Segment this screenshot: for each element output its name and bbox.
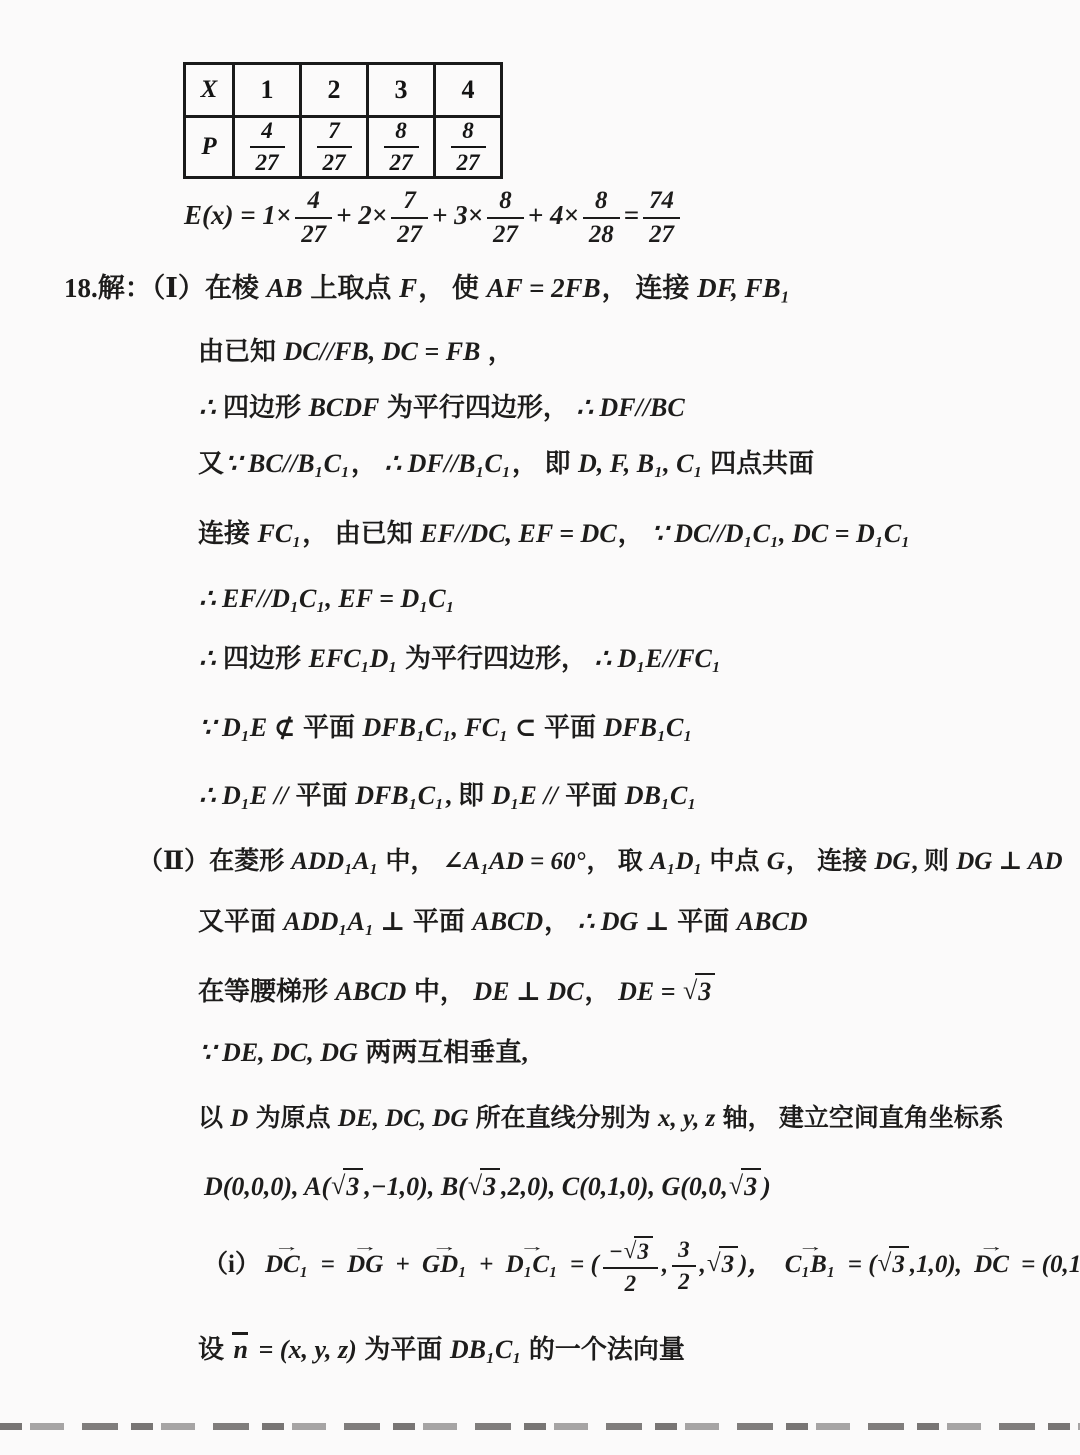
radical-sign: √ (707, 1248, 721, 1279)
math-run: AF = 2FB (486, 273, 602, 303)
math-run: 3 (636, 1239, 650, 1264)
math-run: 3 (721, 1251, 736, 1278)
math-run: ∴ (198, 644, 223, 673)
vector-arrow-icon: → (246, 1238, 328, 1256)
fraction: 427 (295, 187, 332, 249)
solution-line: E(x) = 1×427+ 2×727+ 3×827+ 4×828=7427⋯1… (0, 175, 1080, 261)
radical-sign: √ (331, 1170, 345, 1203)
radicand: 3 (719, 1246, 739, 1280)
math-run: DFB₁C₁ (603, 713, 694, 742)
math-run: 4 (260, 118, 274, 143)
fraction: 727 (391, 187, 428, 249)
text-run: ， 取 (587, 848, 650, 875)
math-run: D (229, 1105, 249, 1132)
text-run: 平面 (303, 713, 362, 742)
text-run: 18.解：（Ⅰ）在棱 (64, 273, 266, 303)
solution-line: ∴ 四边形 BCDF 为平行四边形， ∴ DF//BC⋯2′ (0, 384, 1080, 432)
math-run: DG ⊥ AD (955, 848, 1063, 875)
radicand: 3 (480, 1168, 500, 1204)
square-root: √3 (729, 1168, 761, 1204)
text-run: 中点 (703, 848, 766, 875)
text-run: 设 (198, 1335, 231, 1364)
square-root: √3 (624, 1236, 653, 1265)
line-content: ∵ D₁E ⊄ 平面 DFB₁C₁, FC₁ ⊂ 平面 DFB₁C₁ (198, 712, 693, 745)
math-run: 3 (743, 1172, 758, 1201)
solution-line: 连接 FC₁， 由已知 EF//DC, EF = DC， ∵ DC//D₁C₁,… (0, 510, 1080, 558)
line-content: 在等腰梯形 ABCD 中， DE ⊥ DC， DE = √3 (198, 973, 715, 1009)
math-run: ABCD (335, 977, 408, 1006)
line-content: （i）→DC₁ = →DG + →GD₁ + →D₁C₁ = (−√32,32,… (203, 1236, 1080, 1297)
fraction-numerator: 8 (451, 118, 486, 148)
text-run: 轴， 建立空间直角坐标系 (716, 1105, 1004, 1132)
radicand: 3 (695, 973, 715, 1009)
fraction-denominator: 27 (295, 219, 332, 249)
solution-line: ∴ EF//D₁C₁, EF = D₁C₁ (0, 575, 1080, 623)
fraction-denominator: 27 (250, 148, 285, 176)
math-run: ∵ BC//B₁C₁ (224, 449, 351, 478)
solution-line: （Ⅱ）在菱形 ADD₁A₁ 中， ∠A₁AD = 60°， 取 A₁D₁ 中点 … (0, 838, 1080, 886)
math-run: ,−1,0), B( (363, 1172, 467, 1201)
fraction-numerator: 8 (487, 187, 524, 219)
fraction-numerator: 74 (643, 187, 680, 219)
math-run: 3 (345, 1172, 360, 1201)
square-root: √3 (683, 973, 715, 1009)
table-cell: X (185, 64, 234, 117)
square-root: √3 (707, 1246, 738, 1280)
math-run: 3 (891, 1251, 906, 1278)
overbar-line (232, 1332, 248, 1335)
page-bottom-cutoff-artifact (0, 1423, 1080, 1430)
math-run: ∴ D₁E // (198, 781, 296, 810)
text-run: ， 即 (512, 449, 577, 478)
math-run: ∵ D₁E ⊄ (198, 713, 303, 742)
text-run: 中， (379, 848, 442, 875)
text-run: 在等腰梯形 (198, 977, 335, 1006)
math-run: 27 (255, 150, 280, 175)
line-content: D(0,0,0), A(√3,−1,0), B(√3,2,0), C(0,1,0… (203, 1168, 772, 1204)
math-run: DB₁C₁ (449, 1335, 523, 1364)
vector-arrow-icon: → (958, 1238, 1024, 1256)
math-run: 2 (624, 1271, 638, 1296)
math-run: G (766, 848, 786, 875)
fraction: −√32 (603, 1236, 658, 1297)
table-row: X1234 (185, 64, 502, 117)
line-content: （Ⅱ）在菱形 ADD₁A₁ 中， ∠A₁AD = 60°， 取 A₁D₁ 中点 … (138, 846, 1064, 877)
fraction-denominator: 28 (583, 219, 620, 249)
math-run: ) (761, 1172, 772, 1201)
math-run: F (398, 273, 418, 303)
fraction-numerator: 3 (672, 1237, 696, 1267)
math-run: 28 (588, 221, 615, 248)
radical-sign: √ (683, 975, 697, 1008)
math-run: ∵ DE, DC, DG (198, 1038, 365, 1067)
math-run: ∴ DF//B₁C₁ (384, 449, 512, 478)
table-cell: 4 (435, 64, 502, 117)
table-cell: P (185, 117, 234, 178)
solution-line: 又∵ BC//B₁C₁， ∴ DF//B₁C₁， 即 D, F, B₁, C₁ … (0, 440, 1080, 488)
text-run: 的一个法向量 (522, 1335, 685, 1364)
math-run: DE = (617, 977, 683, 1006)
math-run: FC₁ (257, 519, 303, 548)
solution-line: 在等腰梯形 ABCD 中， DE ⊥ DC， DE = √3 (0, 963, 1080, 1019)
vector-arrow-icon: → (331, 1238, 400, 1256)
text-run: ， 连接 (786, 848, 874, 875)
solution-line: 由已知 DC//FB, DC = FB ， (0, 328, 1080, 376)
line-content: 以 D 为原点 DE, DC, DG 所在直线分别为 x, y, z 轴， 建立… (198, 1103, 1004, 1134)
vector: →DC (973, 1249, 1010, 1280)
math-run: 27 (648, 221, 675, 248)
math-run: 8 (498, 187, 512, 214)
solution-line: ∴ D₁E // 平面 DFB₁C₁, 即 D₁E // 平面 DB₁C₁⋯7′ (0, 772, 1080, 820)
math-run: 8 (594, 187, 608, 214)
table-cell: 727 (301, 117, 368, 178)
fraction-numerator: 7 (391, 187, 428, 219)
math-run: + 3× (431, 200, 484, 230)
text-run: 为原点 (249, 1105, 337, 1132)
text-run: 为平面 (358, 1335, 449, 1364)
vector: →D₁C₁ (505, 1249, 559, 1280)
radicand: 3 (634, 1236, 653, 1265)
vector-arrow-icon: → (402, 1238, 486, 1256)
text-run: 为平行四边形， (380, 393, 575, 422)
fraction-numerator: 7 (317, 118, 352, 148)
math-run: DG (873, 848, 911, 875)
math-run: BCDF (308, 393, 381, 422)
distribution-table: X1234P427727827827 (183, 62, 503, 179)
line-content: ∴ D₁E // 平面 DFB₁C₁, 即 D₁E // 平面 DB₁C₁ (198, 780, 697, 813)
math-run: ∠A₁AD = 60° (442, 848, 587, 875)
fraction: 828 (583, 187, 620, 249)
table-cell: 827 (368, 117, 435, 178)
math-run: ∴ DG ⊥ (577, 907, 678, 936)
fraction: 32 (672, 1237, 696, 1295)
math-run: ∴ DF//BC (575, 393, 685, 422)
text-run: 中， (407, 977, 472, 1006)
radicand: 3 (741, 1168, 761, 1204)
solution-line: ∵ D₁E ⊄ 平面 DFB₁C₁, FC₁ ⊂ 平面 DFB₁C₁ (0, 704, 1080, 752)
math-run: D₁E // (491, 781, 566, 810)
math-run: 27 (456, 150, 481, 175)
math-run: 27 (492, 221, 519, 248)
overbar-variable: n (231, 1334, 251, 1367)
text-run: ， 由已知 (302, 519, 419, 548)
text-run: 连接 (198, 519, 257, 548)
math-run: DE ⊥ DC (472, 977, 584, 1006)
vector: →DC₁ (264, 1249, 309, 1280)
math-run: 4 (306, 187, 320, 214)
text-run: 两两互相垂直, (365, 1038, 528, 1067)
math-run: = (x, y, z) (251, 1335, 358, 1364)
text-run: ， 连接 (602, 273, 697, 303)
text-run: ， (351, 449, 384, 478)
fraction-denominator: 27 (317, 148, 352, 176)
line-content: 由已知 DC//FB, DC = FB ， (198, 336, 514, 369)
text-run: ， (544, 907, 577, 936)
text-run: 所在直线分别为 (469, 1105, 657, 1132)
radical-sign: √ (624, 1238, 637, 1264)
text-run: , 即 (445, 781, 491, 810)
radical-sign: √ (729, 1170, 743, 1203)
math-run: DC//FB, DC = FB (283, 337, 482, 366)
fraction: 827 (384, 118, 419, 176)
math-run: DB₁C₁ (624, 781, 698, 810)
text-run: （Ⅱ）在菱形 (138, 848, 290, 875)
line-content: 设 n = (x, y, z) 为平面 DB₁C₁ 的一个法向量 (198, 1334, 685, 1367)
solution-line: （i）→DC₁ = →DG + →GD₁ + →D₁C₁ = (−√32,32,… (0, 1223, 1080, 1309)
text-run: ， (618, 519, 651, 548)
math-run: EF//DC, EF = DC (419, 519, 617, 548)
scanned-solution-page: X1234P427727827827 E(x) = 1×427+ 2×727+ … (0, 0, 1080, 1455)
fraction-denominator: 27 (451, 148, 486, 176)
math-run: , (661, 1251, 669, 1278)
text-run: , 则 (911, 848, 955, 875)
text-run: 又平面 (198, 907, 283, 936)
table-cell: 427 (234, 117, 301, 178)
math-run: DFB₁C₁, FC₁ ⊂ (362, 713, 544, 742)
solution-line: D(0,0,0), A(√3,−1,0), B(√3,2,0), C(0,1,0… (0, 1158, 1080, 1214)
text-run: 平面 (296, 781, 355, 810)
math-run: DF, FB₁ (696, 273, 791, 303)
math-run: 27 (396, 221, 423, 248)
math-run: A₁D₁ (649, 848, 703, 875)
text-run: 平面 (413, 907, 472, 936)
math-run: ABCD (471, 907, 544, 936)
math-run: ∴ D₁E//FC₁ (594, 644, 722, 673)
radical-sign: √ (468, 1170, 482, 1203)
fraction-denominator: 27 (391, 219, 428, 249)
math-run: 7 (402, 187, 416, 214)
math-run: 27 (322, 150, 347, 175)
line-content: ∵ DE, DC, DG 两两互相垂直, (198, 1037, 528, 1070)
math-run: E(x) = 1× (183, 200, 292, 230)
text-run: 平面 (544, 713, 603, 742)
math-run: D, F, B₁, C₁ (577, 449, 704, 478)
radicand: 3 (343, 1168, 363, 1204)
text-run: 四边形 (223, 644, 308, 673)
math-run: 27 (389, 150, 414, 175)
text-run: ， (481, 337, 514, 366)
math-run: 27 (300, 221, 327, 248)
solution-line: ∴ 四边形 EFC₁D₁ 为平行四边形， ∴ D₁E//FC₁⋯6′ (0, 635, 1080, 683)
math-run: 2 (677, 1269, 691, 1294)
table-cell: 1 (234, 64, 301, 117)
math-run: 3 (677, 1237, 691, 1262)
math-run: 7 (327, 118, 341, 143)
math-run: ∴ (198, 393, 223, 422)
line-content: ∴ 四边形 BCDF 为平行四边形， ∴ DF//BC (198, 392, 686, 425)
math-run: ADD₁A₁ ⊥ (283, 907, 413, 936)
square-root: √3 (331, 1168, 363, 1204)
fraction-numerator: −√3 (603, 1236, 658, 1269)
text-run: ， (585, 977, 618, 1006)
solution-line: 以 D 为原点 DE, DC, DG 所在直线分别为 x, y, z 轴， 建立… (0, 1095, 1080, 1143)
text-run: 平面 (677, 907, 736, 936)
math-run: D(0,0,0), A( (203, 1172, 331, 1201)
math-run: ∴ EF//D₁C₁, EF = D₁C₁ (198, 584, 456, 613)
vector-arrow-icon: → (483, 1238, 581, 1256)
math-run: AB (266, 273, 304, 303)
vector: →DG (346, 1249, 384, 1280)
fraction-numerator: 8 (583, 187, 620, 219)
text-run: 上取点 (304, 273, 399, 303)
line-content: 连接 FC₁， 由已知 EF//DC, EF = DC， ∵ DC//D₁C₁,… (198, 518, 911, 551)
fraction: 7427 (643, 187, 680, 249)
fraction: 427 (250, 118, 285, 176)
math-run: 3 (482, 1172, 497, 1201)
vector: →GD₁ (421, 1249, 468, 1280)
math-run: 8 (461, 118, 475, 143)
math-run: = (623, 200, 640, 230)
fraction-numerator: 4 (250, 118, 285, 148)
fraction: 727 (317, 118, 352, 176)
vector-arrow-icon: → (763, 1238, 858, 1256)
fraction: 827 (487, 187, 524, 249)
radicand: 3 (889, 1246, 909, 1280)
fraction-denominator: 27 (384, 148, 419, 176)
table-cell: 2 (301, 64, 368, 117)
vector: →C₁B₁ (784, 1249, 837, 1280)
fraction-denominator: 2 (672, 1267, 696, 1295)
radical-sign: √ (878, 1248, 892, 1279)
text-run: 又 (198, 449, 224, 478)
math-run: 3 (697, 977, 712, 1006)
table-cell: 827 (435, 117, 502, 178)
solution-line: 18.解：（Ⅰ）在棱 AB 上取点 F， 使 AF = 2FB， 连接 DF, … (0, 265, 1080, 313)
math-run: ADD₁A₁ (290, 848, 379, 875)
math-run: ABCD (736, 907, 809, 936)
fraction-denominator: 27 (643, 219, 680, 249)
solution-line: 又平面 ADD₁A₁ ⊥ 平面 ABCD， ∴ DG ⊥ 平面 ABCD⋯8′ (0, 898, 1080, 946)
math-run: ,2,0), C(0,1,0), G(0,0, (500, 1172, 729, 1201)
solution-line: 设 n = (x, y, z) 为平面 DB₁C₁ 的一个法向量 (0, 1326, 1080, 1374)
fraction: 827 (451, 118, 486, 176)
fraction-denominator: 2 (603, 1269, 658, 1297)
text-run: ， 使 (418, 273, 486, 303)
line-content: 又∵ BC//B₁C₁， ∴ DF//B₁C₁， 即 D, F, B₁, C₁ … (198, 448, 814, 481)
table-row: P427727827827 (185, 117, 502, 178)
table-cell: 3 (368, 64, 435, 117)
line-content: ∴ 四边形 EFC₁D₁ 为平行四边形， ∴ D₁E//FC₁ (198, 643, 722, 676)
text-run: 平面 (565, 781, 624, 810)
fraction-numerator: 8 (384, 118, 419, 148)
line-content: E(x) = 1×427+ 2×727+ 3×827+ 4×828=7427 (183, 187, 683, 249)
text-run: 四点共面 (704, 449, 815, 478)
math-run: − (608, 1239, 624, 1264)
square-root: √3 (878, 1246, 909, 1280)
math-run: + 4× (527, 200, 580, 230)
text-run: 四边形 (223, 393, 308, 422)
math-run: EFC₁D₁ (308, 644, 399, 673)
math-run: n (233, 1335, 249, 1364)
fraction-denominator: 27 (487, 219, 524, 249)
text-run: 为平行四边形， (399, 644, 594, 673)
line-content: ∴ EF//D₁C₁, EF = D₁C₁ (198, 583, 456, 616)
text-run: 由已知 (198, 337, 283, 366)
math-run: DFB₁C₁ (354, 781, 445, 810)
square-root: √3 (468, 1168, 500, 1204)
math-run: x, y, z (657, 1105, 716, 1132)
fraction-numerator: 4 (295, 187, 332, 219)
solution-line: ∵ DE, DC, DG 两两互相垂直, (0, 1029, 1080, 1077)
distribution-table-body: X1234P427727827827 (185, 64, 502, 178)
math-run: , (699, 1251, 707, 1278)
math-run: + 2× (335, 200, 388, 230)
math-run: 8 (394, 118, 408, 143)
math-run: DE, DC, DG (337, 1105, 470, 1132)
math-run: ∵ DC//D₁C₁, DC = D₁C₁ (650, 519, 911, 548)
line-content: 18.解：（Ⅰ）在棱 AB 上取点 F， 使 AF = 2FB， 连接 DF, … (64, 272, 791, 306)
line-content: 又平面 ADD₁A₁ ⊥ 平面 ABCD， ∴ DG ⊥ 平面 ABCD (198, 906, 809, 939)
text-run: 以 (198, 1105, 229, 1132)
math-run: 74 (648, 187, 675, 214)
